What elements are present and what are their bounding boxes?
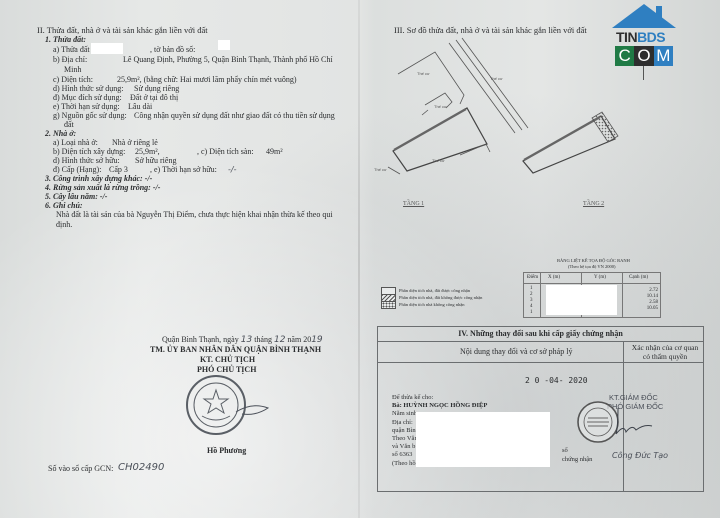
section-ii-title: II. Thửa đất, nhà ở và tài sản khác gắn … [37, 25, 208, 35]
signer-name: Hồ Phương [207, 446, 246, 456]
col-authority-confirmation: Xác nhận của cơ quan có thẩm quyền [628, 343, 702, 361]
house-floor-area-label: , c) Diện tích sàn: [197, 147, 254, 157]
registry-label: Số vào sổ cấp GCN: [48, 464, 113, 474]
registry-number: CH02490 [118, 463, 164, 473]
official-seal-icon [182, 372, 282, 442]
floor-2-label: TẦNG 2 [583, 199, 604, 209]
diagram-note: Thế cư [434, 104, 447, 109]
kt-chairman: KT. CHỦ TỊCH [200, 355, 255, 365]
land-heading: 1. Thửa đất: [45, 35, 86, 45]
house-roof-icon [612, 4, 676, 28]
registration-office-seal-icon [574, 398, 674, 458]
redacted-parcel-number [91, 43, 123, 54]
section-iii-title: III. Sơ đồ thửa đất, nhà ở và tài sản kh… [394, 25, 587, 35]
col-change-content: Nội dung thay đổi và cơ sở pháp lý [460, 347, 572, 357]
notes-text-cont: định. [56, 220, 72, 230]
coord-table-subtitle: (Theo hệ tọa độ VN 2000) [568, 262, 616, 272]
coord-header: Cạnh (m) [629, 275, 648, 280]
coord-points: 1 2 3 4 1 [530, 286, 533, 316]
year-label: năm 20 [287, 335, 311, 344]
diagram-note: Thế cư [432, 158, 445, 163]
diagram-note: Thế cư [374, 167, 387, 172]
coord-header: Điểm [527, 275, 538, 280]
sign-year: 19 [311, 335, 322, 345]
changes-table-title: IV. Những thay đổi sau khi cấp giấy chứn… [378, 327, 703, 342]
coord-header: X (m) [548, 275, 560, 280]
place-date-prefix: Quận Bình Thạnh, ngày [162, 335, 239, 344]
chimney-icon [656, 6, 662, 20]
issuing-authority: TM. ỦY BAN NHÂN DÂN QUẬN BÌNH THẠNH [150, 345, 321, 355]
coordinates-table: Điểm X (m) Y (m) Cạnh (m) 1 2 3 4 1 2.72… [523, 272, 661, 318]
sign-day: 13 [241, 335, 252, 345]
signing-place-date: Quận Bình Thạnh, ngày 13 tháng 12 năm 20… [162, 335, 323, 345]
diagram-note: Thế cư [417, 71, 430, 76]
coord-header: Y (m) [594, 275, 606, 280]
coord-edges: 2.72 10.14 2.58 10.05 [636, 288, 658, 312]
house-floor-area: 49m² [266, 147, 283, 157]
changes-column-headers: Nội dung thay đổi và cơ sở pháp lý Xác n… [378, 342, 703, 363]
land-origin: Công nhận quyền sử dụng đất như giao đất… [134, 111, 335, 121]
land-map-sheet-label: , tờ bản đồ số: [150, 45, 195, 55]
land-address-label: b) Địa chỉ: [53, 55, 87, 65]
land-address: Lê Quang Định, Phường 5, Quận Bình Thạnh… [123, 55, 333, 65]
diagram-note: Thế cư [490, 76, 503, 81]
house-term-label: , e) Thời hạn sở hữu: [150, 165, 217, 175]
change-date-stamp: 2 0 -04- 2020 [525, 376, 588, 386]
heir-name: Bà: HUỲNH NGỌC HỒNG ĐIỆP [392, 402, 487, 410]
legend-label: Phần diện tích nhà không công nhận [399, 300, 465, 310]
floor-1-label: TẦNG 1 [403, 199, 424, 209]
sign-month: 12 [274, 335, 285, 345]
redacted-coordinates [546, 285, 617, 315]
legend-dots-swatch [381, 301, 396, 309]
redacted-heir-details [416, 412, 550, 467]
land-address-cont: Minh [64, 65, 81, 75]
change-line: Để thừa kế cho: [392, 394, 487, 402]
page-fold [358, 0, 360, 518]
approval-signer: Công Đức Tạo [612, 451, 668, 461]
floor-plan-diagram: Thế cư Thế cư Thế cư Thế cư Thế cư [370, 40, 660, 220]
month-label: tháng [254, 335, 272, 344]
redacted-map-sheet [218, 40, 230, 50]
house-term: -/- [228, 165, 236, 175]
notes-text: Nhà đất là tài sản của bà Nguyễn Thị Điể… [56, 210, 333, 220]
